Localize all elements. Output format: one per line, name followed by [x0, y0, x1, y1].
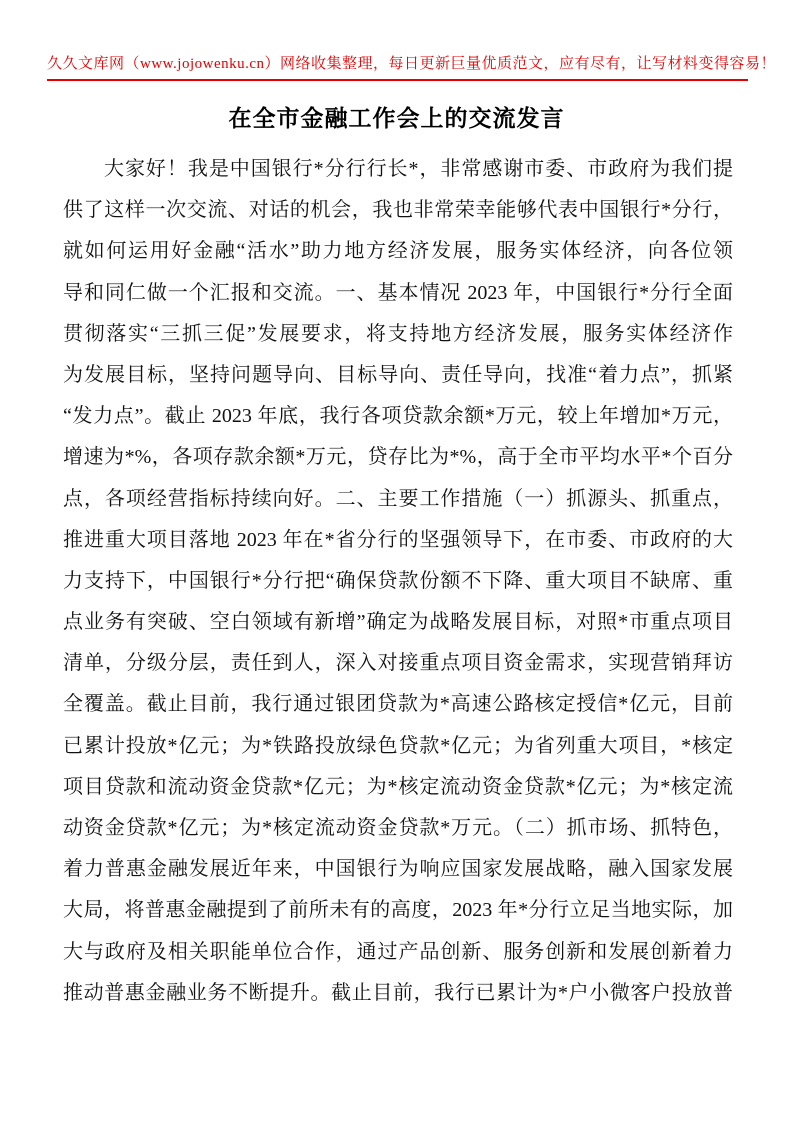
body-line: 大局，将普惠金融提到了前所未有的高度，2023 年*分行立足当地实际，加 [63, 890, 733, 931]
body-line: 点业务有突破、空白领域有新增”确定为战略发展目标，对照*市重点项目 [63, 602, 733, 643]
body-line: 推进重大项目落地 2023 年在*省分行的坚强领导下，在市委、市政府的大 [63, 520, 733, 561]
body-line: 供了这样一次交流、对话的机会，我也非常荣幸能够代表中国银行*分行， [63, 190, 733, 231]
document-page: 久久文库网（www.jojowenku.cn）网络收集整理，每日更新巨量优质范文… [0, 0, 793, 1122]
body-line: 点，各项经营指标持续向好。二、主要工作措施（一）抓源头、抓重点， [63, 479, 733, 520]
body-line: 着力普惠金融发展近年来，中国银行为响应国家发展战略，融入国家发展 [63, 849, 733, 890]
body-line: 大家好！我是中国银行*分行行长*，非常感谢市委、市政府为我们提 [63, 149, 733, 190]
body-line: “发力点”。截止 2023 年底，我行各项贷款余额*万元，较上年增加*万元， [63, 396, 733, 437]
body-line: 就如何运用好金融“活水”助力地方经济发展，服务实体经济，向各位领 [63, 231, 733, 272]
body-line: 增速为*%，各项存款余额*万元，贷存比为*%，高于全市平均水平*个百分 [63, 437, 733, 478]
body-line: 全覆盖。截止目前，我行通过银团贷款为*高速公路核定授信*亿元，目前 [63, 684, 733, 725]
body-line: 推动普惠金融业务不断提升。截止目前，我行已累计为*户小微客户投放普 [63, 973, 733, 1014]
body-line: 已累计投放*亿元；为*铁路投放绿色贷款*亿元；为省列重大项目，*核定 [63, 726, 733, 767]
body-line: 贯彻落实“三抓三促”发展要求，将支持地方经济发展，服务实体经济作 [63, 314, 733, 355]
watermark-header: 久久文库网（www.jojowenku.cn）网络收集整理，每日更新巨量优质范文… [47, 52, 748, 81]
body-line: 大与政府及相关职能单位合作，通过产品创新、服务创新和发展创新着力 [63, 932, 733, 973]
body-line: 为发展目标，坚持问题导向、目标导向、责任导向，找准“着力点”，抓紧 [63, 355, 733, 396]
document-body: 大家好！我是中国银行*分行行长*，非常感谢市委、市政府为我们提供了这样一次交流、… [63, 149, 733, 1014]
document-title: 在全市金融工作会上的交流发言 [0, 100, 793, 133]
body-line: 力支持下，中国银行*分行把“确保贷款份额不下降、重大项目不缺席、重 [63, 561, 733, 602]
body-line: 导和同仁做一个汇报和交流。一、基本情况 2023 年，中国银行*分行全面 [63, 273, 733, 314]
body-line: 动资金贷款*亿元；为*核定流动资金贷款*万元。（二）抓市场、抓特色， [63, 808, 733, 849]
body-line: 项目贷款和流动资金贷款*亿元；为*核定流动资金贷款*亿元；为*核定流 [63, 767, 733, 808]
body-line: 清单，分级分层，责任到人，深入对接重点项目资金需求，实现营销拜访 [63, 643, 733, 684]
